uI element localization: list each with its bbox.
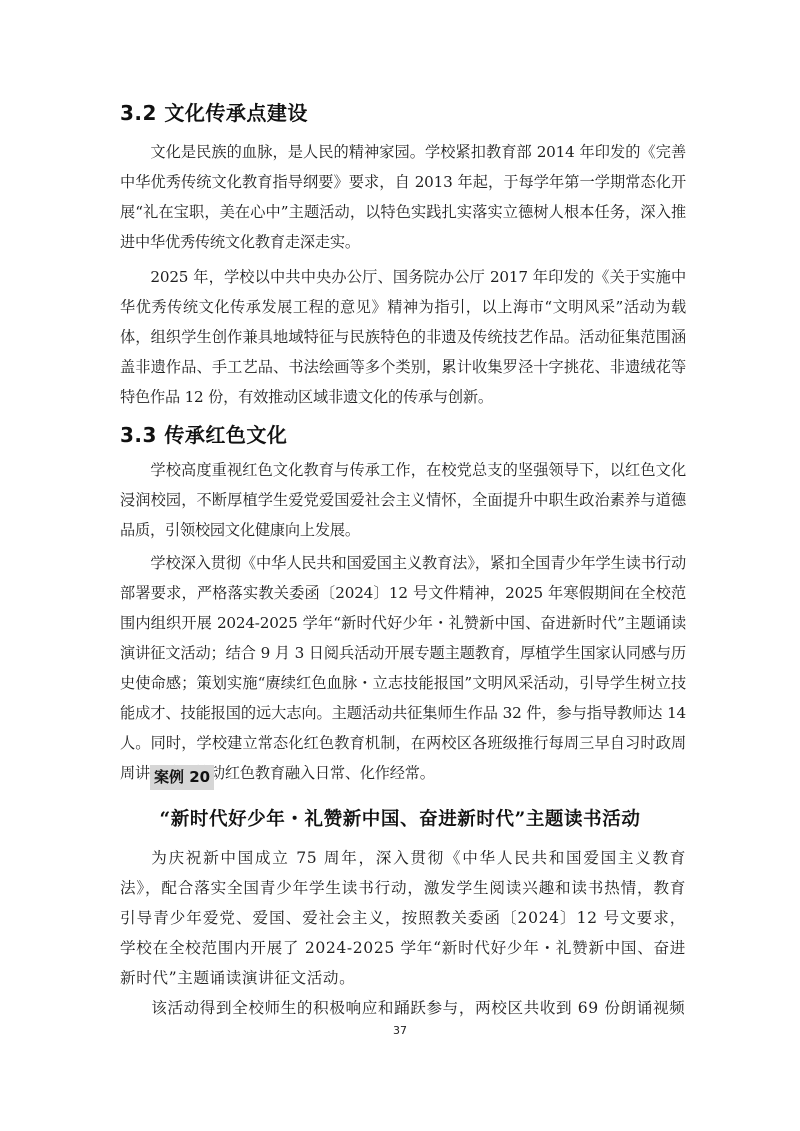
- paragraph: 学校高度重视红色文化教育与传承工作，在校党总支的坚强领导下，以红色文化浸润校园，…: [120, 455, 686, 545]
- case-title: “新时代好少年・礼赞新中国、奋进新时代”主题读书活动: [0, 806, 800, 834]
- paragraph: 2025 年，学校以中共中央办公厅、国务院办公厅 2017 年印发的《关于实施中…: [120, 262, 686, 412]
- section-heading-3-2: 3.2 文化传承点建设: [120, 100, 308, 126]
- paragraph: 学校深入贯彻《中华人民共和国爱国主义教育法》，紧扣全国青少年学生读书行动部署要求…: [120, 548, 686, 788]
- page-number: 37: [0, 1024, 800, 1037]
- paragraph: 该活动得到全校师生的积极响应和踊跃参与，两校区共收到 69 份朗诵视频: [120, 993, 686, 1023]
- case-label: 案例 20: [150, 765, 214, 790]
- paragraph: 为庆祝新中国成立 75 周年，深入贯彻《中华人民共和国爱国主义教育法》，配合落实…: [120, 843, 686, 993]
- paragraph: 文化是民族的血脉，是人民的精神家园。学校紧扣教育部 2014 年印发的《完善中华…: [120, 137, 686, 257]
- section-heading-3-3: 3.3 传承红色文化: [120, 422, 287, 448]
- document-page: 3.2 文化传承点建设 文化是民族的血脉，是人民的精神家园。学校紧扣教育部 20…: [0, 0, 800, 1131]
